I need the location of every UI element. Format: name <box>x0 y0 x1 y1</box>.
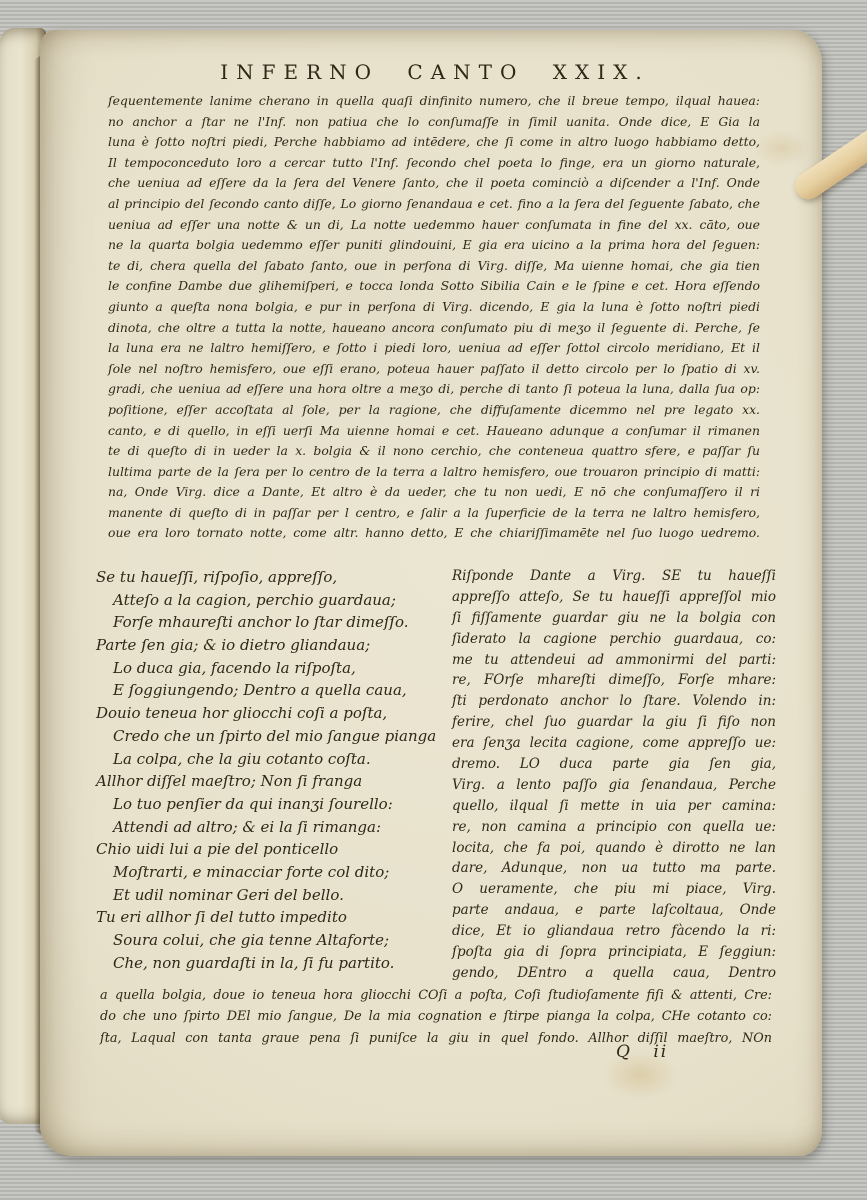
commentary-line: oue era loro tornato notte, come altr. h… <box>108 523 760 544</box>
commentary-top-block: ſequentemente lanime cherano in quella q… <box>108 91 760 544</box>
commentary-line: dinota, che oltre a tutta la notte, haue… <box>108 318 760 339</box>
verse-line: Che, non guardaſti in la, ſi fu partito. <box>96 952 446 975</box>
commentary-line: me tu attendeui ad ammonirmi del parti: <box>452 650 776 671</box>
commentary-line: che ueniua ad eſſere da la ſera del Vene… <box>108 173 760 194</box>
commentary-line: dice, Et io gliandaua retro fàcendo la r… <box>452 921 776 942</box>
commentary-line: dremo. LO duca parte gia ſen gia, <box>452 754 776 775</box>
commentary-line: manente di queſto di in paſſar per l cen… <box>108 503 760 524</box>
commentary-bottom-block: a quella bolgia, doue io teneua hora gli… <box>100 985 772 1049</box>
running-title: INFERNO CANTO XXIX. <box>110 60 760 84</box>
quire-signature: Q ii <box>616 1042 726 1062</box>
commentary-line: la luna era ne laltro hemiſſero, e ſotto… <box>108 338 760 359</box>
verse-line: Allhor diſſel maeſtro; Non ſi franga <box>96 770 446 793</box>
verse-line: Se tu haueſſi, riſpoſio, appreſſo, <box>96 566 446 589</box>
commentary-line: ſi fiſſamente guardar giu ne la bolgia c… <box>452 608 776 629</box>
commentary-line: le confine Dambe due glihemiſperi, e toc… <box>108 276 760 297</box>
verse-line: Credo che un ſpirto del mio ſangue piang… <box>96 725 446 748</box>
commentary-line: ſti perdonato anchor lo ſtare. Volendo i… <box>452 691 776 712</box>
commentary-line: ſiderato la cagione perchio guardaua, co… <box>452 629 776 650</box>
commentary-right-column: Riſponde Dante a Virg. SE tu haueſſiappr… <box>452 566 776 984</box>
commentary-line: re, FOrſe mhareſti dimeſſo, Forſe mhare: <box>452 670 776 691</box>
commentary-line: al principio del ſecondo canto diſſe, Lo… <box>108 194 760 215</box>
verse-line: Soura colui, che gia tenne Altaforte; <box>96 929 446 952</box>
verse-line: Forſe mhaureſti anchor lo ſtar dimeſſo. <box>96 611 446 634</box>
commentary-line: ueniua ad eſſer una notte & un di, La no… <box>108 215 760 236</box>
commentary-line: no anchor a ſtar ne l'Inf. non patiua ch… <box>108 112 760 133</box>
commentary-line: na, Onde Virg. dice a Dante, Et altro è … <box>108 482 760 503</box>
commentary-line: era ſenʒa lecita cagione, come appreſſo … <box>452 733 776 754</box>
commentary-line: ſpoſta gia di ſopra principiata, E ſeggi… <box>452 942 776 963</box>
commentary-line: quello, ilqual ſi mette in uia per camin… <box>452 796 776 817</box>
commentary-line: poſitione, eſſer accoſtata al ſole, per … <box>108 400 760 421</box>
verse-line: Tu eri allhor ſi del tutto impedito <box>96 906 446 929</box>
commentary-line: appreſſo atteſo, Se tu haueſſi appreſſol… <box>452 587 776 608</box>
verse-line: Lo tuo penſier da qui inanʒi ſourello: <box>96 793 446 816</box>
commentary-line: Riſponde Dante a Virg. SE tu haueſſi <box>452 566 776 587</box>
verse-line: Moſtrarti, e minacciar forte col dito; <box>96 861 446 884</box>
commentary-line: gradi, che ueniua ad eſſere una hora olt… <box>108 379 760 400</box>
commentary-line: ferire, chel ſuo guardar la giu ſi fiſo … <box>452 712 776 733</box>
commentary-line: do che uno ſpirto DEl mio ſangue, De la … <box>100 1006 772 1027</box>
commentary-line: dare, Adunque, non ua tutto ma parte. <box>452 858 776 879</box>
verse-line: Lo duca gia, facendo la riſpoſta, <box>96 657 446 680</box>
commentary-line: locita, che fa poi, quando è dirotto ne … <box>452 838 776 859</box>
verse-line: Parte ſen gia; & io dietro gliandaua; <box>96 634 446 657</box>
commentary-line: ſequentemente lanime cherano in quella q… <box>108 91 760 112</box>
commentary-line: O ueramente, che piu mi piace, Virg. <box>452 879 776 900</box>
book-photograph: INFERNO CANTO XXIX. ſequentemente lanime… <box>0 0 867 1200</box>
verse-line: Atteſo a la cagion, perchio guardaua; <box>96 589 446 612</box>
commentary-line: a quella bolgia, doue io teneua hora gli… <box>100 985 772 1006</box>
verse-line: Chio uidi lui a pie del ponticello <box>96 838 446 861</box>
commentary-line: giunto a queſta nona bolgia, e pur in pe… <box>108 297 760 318</box>
verse-column: Se tu haueſſi, riſpoſio, appreſſo,Atteſo… <box>96 566 446 974</box>
book-page: INFERNO CANTO XXIX. ſequentemente lanime… <box>40 30 822 1156</box>
verse-line: Douio teneua hor gliocchi coſi a poſta, <box>96 702 446 725</box>
commentary-line: Virg. a lento paſſo gia ſenandaua, Perch… <box>452 775 776 796</box>
commentary-line: ſole nel noſtro hemisfero, oue eſſi eran… <box>108 359 760 380</box>
commentary-line: gendo, DEntro a quella caua, Dentro <box>452 963 776 984</box>
commentary-line: re, non camina a principio con quella ue… <box>452 817 776 838</box>
commentary-line: parte andaua, e parte laſcoltaua, Onde <box>452 900 776 921</box>
commentary-line: lultima parte de la ſera per lo centro d… <box>108 462 760 483</box>
verse-line: Et udil nominar Geri del bello. <box>96 884 446 907</box>
commentary-line: canto, e di quello, in eſſi uerſi Ma uie… <box>108 421 760 442</box>
verse-line: La colpa, che la giu cotanto coſta. <box>96 748 446 771</box>
commentary-line: Il tempoconceduto loro a cercar tutto l'… <box>108 153 760 174</box>
commentary-line: luna è ſotto noſtri piedi, Perche habbia… <box>108 132 760 153</box>
commentary-line: te di, chera quella del ſabato ſanto, ou… <box>108 256 760 277</box>
commentary-line: te di queſto di in ueder la x. bolgia & … <box>108 441 760 462</box>
verse-line: E ſoggiungendo; Dentro a quella caua, <box>96 679 446 702</box>
verse-line: Attendi ad altro; & ei la ſi rimanga: <box>96 816 446 839</box>
commentary-line: ne la quarta bolgia uedemmo eſſer puniti… <box>108 235 760 256</box>
